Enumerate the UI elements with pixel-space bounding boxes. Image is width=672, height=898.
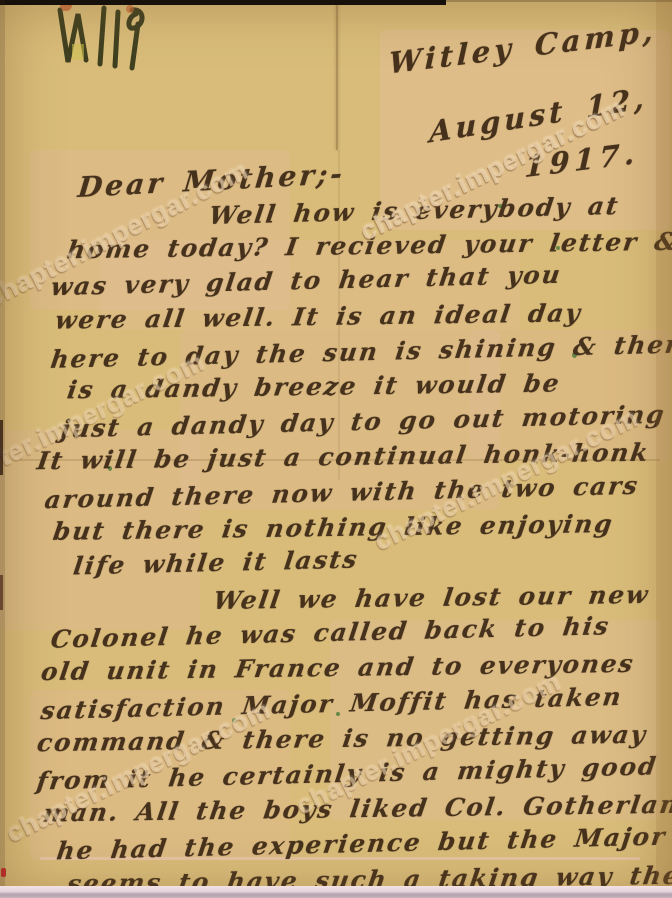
scan-edge-mark [0,575,3,610]
fold-crease [336,0,338,150]
line-text: around there now with the two cars [43,470,641,513]
scan-edge-top [446,0,672,2]
line-text: Colonel he was called back to his [49,611,612,654]
handwritten-line: seems to have such a taking way the(over… [68,865,666,898]
letter-body: Well how is everybody at home today? I r… [38,196,666,898]
handwritten-line: Well how is everybody at [210,196,666,231]
line-text: seems to have such a taking way the [65,860,672,898]
line-text: from it he certainly is a mighty good [35,751,659,795]
handwritten-line: from it he certainly is a mighty good [38,759,666,794]
handwritten-line: here to day the sun is shining & there [52,337,666,372]
line-text: old unit in France and to everyones [39,649,636,686]
heading-year: 1917. [522,136,641,184]
archival-mark-icon [52,0,156,78]
line-text: Well how is everybody at [207,191,621,230]
handwritten-line: home today? I recieved your letter & [68,231,666,266]
archival-mark [52,0,156,78]
line-text: command & there is no getting away [35,720,649,757]
line-text: home today? I recieved your letter & [65,227,672,265]
line-text: but there is nothing like enjoying [51,509,615,546]
line-text: Well we have lost our new [211,580,651,615]
handwritten-line: around there now with the two cars [46,478,666,513]
handwritten-line: just a dandy day to go out motoring [62,407,666,442]
line-text: he had the experience but the Major [55,822,668,866]
handwritten-line: satisfaction Major Moffit has taken [42,689,666,724]
line-text: is a dandy breeze it would be [65,369,562,405]
heading-place: Witley Camp, [387,14,659,81]
line-text: man. All the boys liked Col. Gotherland [41,790,672,828]
line-text: was very glad to hear that you [49,260,564,301]
handwritten-line: life while it lasts [74,548,666,583]
line-text: life while it lasts [72,544,361,580]
scan-edge-mark [0,420,3,475]
line-text: satisfaction Major Moffit has taken [39,682,625,725]
scan-edge-left [0,0,5,898]
line-text: just a dandy day to go out motoring [59,400,668,444]
line-text: It will be just a continual honk-honk [35,438,651,476]
handwritten-line: he had the experience but the Major [58,829,666,864]
line-text: were all well. It is an ideal day [53,298,584,334]
handwritten-line: but there is nothing like enjoying [54,513,666,548]
handwritten-line: was very glad to hear that you [52,266,666,301]
handwritten-line: Colonel he was called back to his [52,618,666,653]
heading-year-text: 1917. [524,136,640,185]
heading-place-text: Witley Camp, [388,13,657,80]
letter-photo: Witley Camp, August 12, 1917. Dear Mothe… [0,0,672,898]
scan-edge-red-mark [1,868,6,877]
